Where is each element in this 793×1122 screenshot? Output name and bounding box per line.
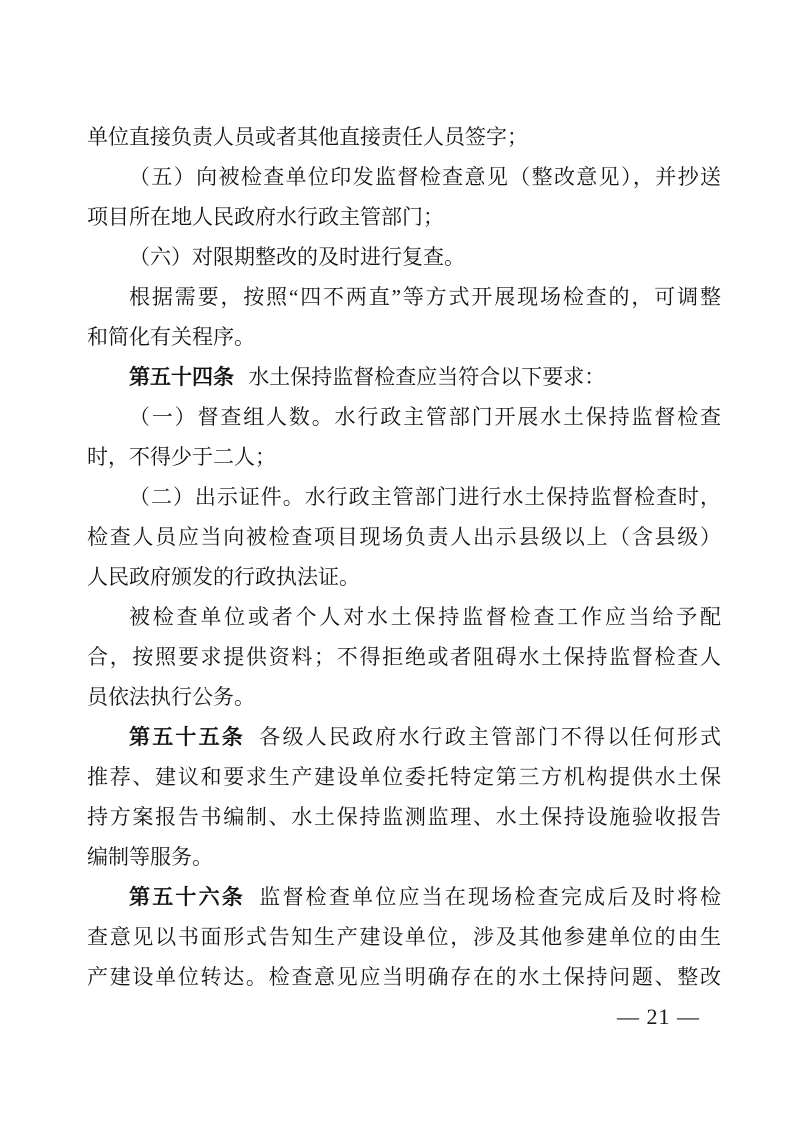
text-line: （六）对限期整改的及时进行复查。 bbox=[87, 237, 721, 277]
article-heading-line: 第五十五条各级人民政府水行政主管部门不得以任何形式 bbox=[87, 717, 721, 757]
article-number: 第五十六条 bbox=[129, 886, 245, 909]
line-text: 水土保持监督检查应当符合以下要求： bbox=[248, 365, 605, 389]
article-number: 第五十五条 bbox=[129, 726, 245, 749]
text-line: 根据需要，按照“四不两直”等方式开展现场检查的，可调整 bbox=[87, 277, 721, 317]
line-text: 员依法执行公务。 bbox=[87, 685, 255, 709]
text-line: 编制等服务。 bbox=[87, 837, 721, 877]
line-text: 产建设单位转达。检查意见应当明确存在的水土保持问题、整改 bbox=[87, 965, 721, 989]
line-text: 根据需要，按照“四不两直”等方式开展现场检查的，可调整 bbox=[129, 285, 721, 309]
article-number: 第五十四条 bbox=[129, 366, 234, 389]
text-line: 查意见以书面形式告知生产建设单位，涉及其他参建单位的由生 bbox=[87, 917, 721, 957]
line-text: （二）出示证件。水行政主管部门进行水土保持监督检查时， bbox=[129, 485, 721, 509]
text-line: （五）向被检查单位印发监督检查意见（整改意见），并抄送 bbox=[87, 157, 721, 197]
text-line: 单位直接负责人员或者其他直接责任人员签字； bbox=[87, 117, 721, 157]
line-text: （五）向被检查单位印发监督检查意见（整改意见），并抄送 bbox=[129, 165, 721, 189]
text-line: 持方案报告书编制、水土保持监测监理、水土保持设施验收报告 bbox=[87, 797, 721, 837]
text-line: 合，按照要求提供资料；不得拒绝或者阻碍水土保持监督检查人 bbox=[87, 637, 721, 677]
line-text: 和简化有关程序。 bbox=[87, 325, 255, 349]
line-text: 持方案报告书编制、水土保持监测监理、水土保持设施验收报告 bbox=[87, 805, 721, 829]
line-text: 人民政府颁发的行政执法证。 bbox=[87, 565, 360, 589]
text-line: 员依法执行公务。 bbox=[87, 677, 721, 717]
text-line: 时，不得少于二人； bbox=[87, 437, 721, 477]
text-line: （二）出示证件。水行政主管部门进行水土保持监督检查时， bbox=[87, 477, 721, 517]
line-text: 各级人民政府水行政主管部门不得以任何形式 bbox=[259, 725, 721, 749]
line-text: （六）对限期整改的及时进行复查。 bbox=[129, 245, 465, 269]
text-line: 和简化有关程序。 bbox=[87, 317, 721, 357]
text-line: 人民政府颁发的行政执法证。 bbox=[87, 557, 721, 597]
line-text: 时，不得少于二人； bbox=[87, 445, 276, 469]
line-text: 项目所在地人民政府水行政主管部门； bbox=[87, 205, 444, 229]
line-text: 被检查单位或者个人对水土保持监督检查工作应当给予配 bbox=[129, 605, 721, 629]
line-text: 检查人员应当向被检查项目现场负责人出示县级以上（含县级） bbox=[87, 525, 721, 549]
text-line: 项目所在地人民政府水行政主管部门； bbox=[87, 197, 721, 237]
text-line: 产建设单位转达。检查意见应当明确存在的水土保持问题、整改 bbox=[87, 957, 721, 997]
line-text: 查意见以书面形式告知生产建设单位，涉及其他参建单位的由生 bbox=[87, 925, 721, 949]
line-text: 编制等服务。 bbox=[87, 845, 213, 869]
line-text: 合，按照要求提供资料；不得拒绝或者阻碍水土保持监督检查人 bbox=[87, 645, 721, 669]
text-line: 被检查单位或者个人对水土保持监督检查工作应当给予配 bbox=[87, 597, 721, 637]
document-body: 单位直接负责人员或者其他直接责任人员签字；（五）向被检查单位印发监督检查意见（整… bbox=[87, 117, 721, 997]
text-line: 推荐、建议和要求生产建设单位委托特定第三方机构提供水土保 bbox=[87, 757, 721, 797]
line-text: （一）督查组人数。水行政主管部门开展水土保持监督检查 bbox=[129, 405, 721, 429]
line-text: 单位直接负责人员或者其他直接责任人员签字； bbox=[87, 125, 528, 149]
text-line: （一）督查组人数。水行政主管部门开展水土保持监督检查 bbox=[87, 397, 721, 437]
text-line: 检查人员应当向被检查项目现场负责人出示县级以上（含县级） bbox=[87, 517, 721, 557]
article-heading-line: 第五十四条水土保持监督检查应当符合以下要求： bbox=[87, 357, 721, 397]
document-page: 单位直接负责人员或者其他直接责任人员签字；（五）向被检查单位印发监督检查意见（整… bbox=[0, 0, 793, 1122]
article-heading-line: 第五十六条监督检查单位应当在现场检查完成后及时将检 bbox=[87, 877, 721, 917]
line-text: 监督检查单位应当在现场检查完成后及时将检 bbox=[259, 885, 721, 909]
page-number: — 21 — bbox=[617, 997, 700, 1037]
line-text: 推荐、建议和要求生产建设单位委托特定第三方机构提供水土保 bbox=[87, 765, 721, 789]
